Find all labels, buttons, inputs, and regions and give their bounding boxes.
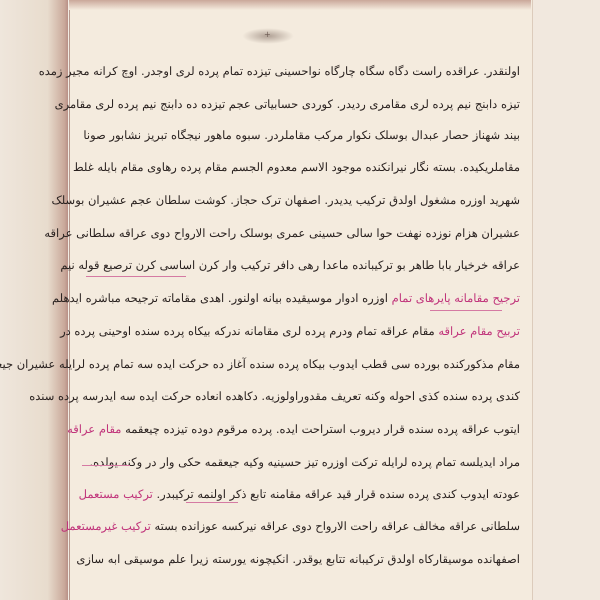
text-line-1: اولنقدر. عراقده راست دگاه سگاه چارگاه نو… xyxy=(39,64,520,78)
text-line-15: سلطانی عراقه مخالف عراقه راحت الارواح دو… xyxy=(61,519,520,533)
text-line-14: عودته ایدوب کندی پرده سنده قرار قید عراق… xyxy=(79,487,520,501)
text-line-3: بیند شهناز حصار عبدال بوسلک نکوار مرکب م… xyxy=(83,128,520,142)
text-line-16: اصفهانده موسیقارکاه اولدق ترکیبانه تتابع… xyxy=(76,552,520,566)
text-line-10: مقام مذکورکنده بورده سی قطب ایدوب بیکاه … xyxy=(0,357,520,371)
text-line-9-body: مقام عراقه تمام ودرم پرده لری مقامانه ند… xyxy=(60,324,435,338)
annotation-underline-4 xyxy=(186,502,238,503)
text-line-6: عشیران هزام نوزده نهفت حوا سالی حسینی عم… xyxy=(44,226,520,240)
right-page-edge xyxy=(532,0,600,600)
annotation-tarkib-ghayr-mustamal: ترکیب غیرمستعمل xyxy=(61,519,151,533)
text-line-8-body: اوزره ادوار موسیقیده بیانه اولنور. اهدی … xyxy=(52,291,388,305)
annotation-maqam-iraq-heading: تربیح مقام عراقه xyxy=(438,324,520,338)
text-line-4: مقاملریکیده. بسته نگار نیرانکنده موجود ا… xyxy=(73,160,520,174)
text-line-5: شهرید اوزره مشغول اولدق ترکیب یدیدر. اصف… xyxy=(51,193,520,207)
text-line-8: ترجیح مقامانه پایرهای تمام اوزره ادوار م… xyxy=(52,291,520,305)
text-line-7: عراقه خرخیار بابا طاهر بو ترکیبانده ماعد… xyxy=(60,258,520,272)
text-line-12: ایتوب عراقه پرده سنده قرار دیروب استراحت… xyxy=(67,422,520,436)
text-line-9: تربیح مقام عراقه مقام عراقه تمام ودرم پر… xyxy=(60,324,520,338)
annotation-underline-1 xyxy=(86,276,186,277)
text-line-15-body: سلطانی عراقه مخالف عراقه راحت الارواح دو… xyxy=(154,519,520,533)
text-line-13: مراد ایدیلسه تمام پرده لرایله ترکت اوزره… xyxy=(89,455,520,469)
text-line-14-body: عودته ایدوب کندی پرده سنده قرار قید عراق… xyxy=(157,487,520,501)
page-mark: + xyxy=(264,30,271,39)
text-line-2: تیزه دابنج نیم پرده لری مقامری ردیدر. کو… xyxy=(55,97,520,111)
annotation-underline-3 xyxy=(82,465,130,466)
annotation-maqam-iraq: مقام عراقه xyxy=(67,422,121,436)
annotation-tarkib-mustamal: ترکیب مستعمل xyxy=(79,487,153,501)
page-top-edge xyxy=(69,0,531,10)
annotation-underline-2 xyxy=(430,310,502,311)
text-line-12-body: ایتوب عراقه پرده سنده قرار دیروب استراحت… xyxy=(125,422,520,436)
annotation-tarjih-maqamat: ترجیح مقامانه پایرهای تمام xyxy=(392,291,520,305)
text-line-11: کندی پرده سنده کذی احوله وکنه تعریف مقدو… xyxy=(29,389,520,403)
